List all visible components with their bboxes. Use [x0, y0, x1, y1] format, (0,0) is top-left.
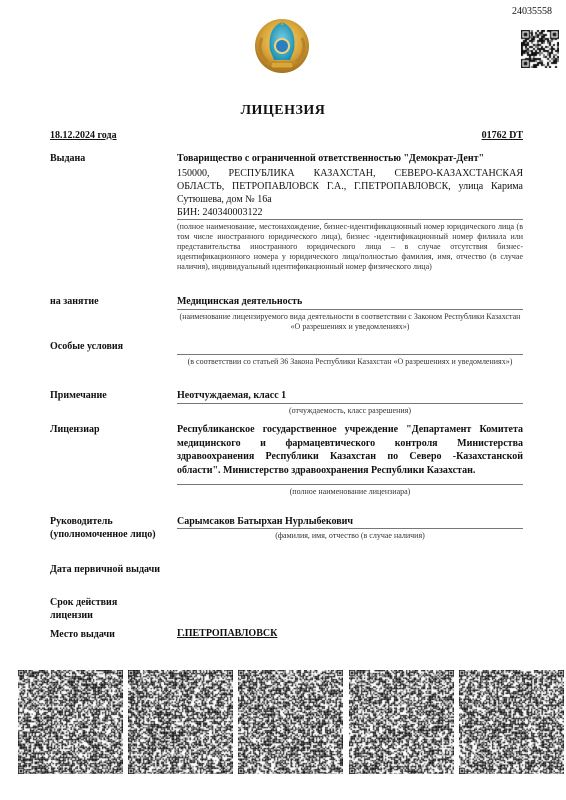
- issued-to-hint: (полное наименование, местонахождение, б…: [177, 222, 523, 272]
- validity-label-line2: лицензии: [50, 609, 117, 622]
- state-emblem-icon: [252, 16, 312, 78]
- page-title: ЛИЦЕНЗИЯ: [0, 103, 566, 119]
- licensor-hint: (полное наименование лицензиара): [177, 487, 523, 497]
- note-label: Примечание: [50, 389, 107, 402]
- head-value: Сарымсаков Батырхан Нурлыбекович: [177, 515, 523, 528]
- first-issue-date-label: Дата первичной выдачи: [50, 563, 160, 576]
- divider: [177, 484, 523, 485]
- qr-code-icon: [18, 670, 123, 774]
- qr-code-icon: [128, 670, 233, 774]
- note-hint: (отчуждаемость, класс разрешения): [177, 406, 523, 416]
- license-number: 01762 DT: [482, 130, 523, 141]
- divider: [177, 403, 523, 404]
- validity-label: Срок действия лицензии: [50, 596, 117, 622]
- divider: [177, 354, 523, 355]
- head-hint: (фамилия, имя, отчество (в случае наличи…: [177, 531, 523, 541]
- special-conditions-hint: (в соответствии со статьей 36 Закона Рес…: [177, 357, 523, 367]
- divider: [177, 219, 523, 220]
- validity-label-line1: Срок действия: [50, 596, 117, 609]
- activity-hint: (наименование лицензируемого вида деятел…: [177, 312, 523, 332]
- licensor-value: Республиканское государственное учрежден…: [177, 423, 523, 477]
- qr-code-icon: [459, 670, 564, 774]
- qr-code-icon: [521, 30, 559, 68]
- issued-to-label: Выдана: [50, 152, 85, 165]
- issued-to-address: 150000, РЕСПУБЛИКА КАЗАХСТАН, СЕВЕРО-КАЗ…: [177, 167, 523, 206]
- qr-code-icon: [238, 670, 343, 774]
- head-label-line2: (уполномоченное лицо): [50, 528, 156, 541]
- activity-value: Медицинская деятельность: [177, 295, 523, 308]
- divider: [177, 309, 523, 310]
- place-of-issue-label: Место выдачи: [50, 628, 115, 641]
- place-of-issue-value: Г.ПЕТРОПАВЛОВСК: [177, 628, 277, 639]
- head-label: Руководитель (уполномоченное лицо): [50, 515, 156, 541]
- special-conditions-label: Особые условия: [50, 340, 123, 353]
- activity-label: на занятие: [50, 295, 99, 308]
- issued-to-name: Товарищество с ограниченной ответственно…: [177, 152, 523, 165]
- license-date: 18.12.2024 года: [50, 130, 117, 141]
- divider: [177, 528, 523, 529]
- note-value: Неотчуждаемая, класс 1: [177, 389, 523, 402]
- document-number: 24035558: [512, 6, 552, 17]
- qr-code-icon: [349, 670, 454, 774]
- licensor-label: Лицензиар: [50, 423, 100, 436]
- issued-to-bin: БИН: 240340003122: [177, 206, 523, 219]
- head-label-line1: Руководитель: [50, 515, 156, 528]
